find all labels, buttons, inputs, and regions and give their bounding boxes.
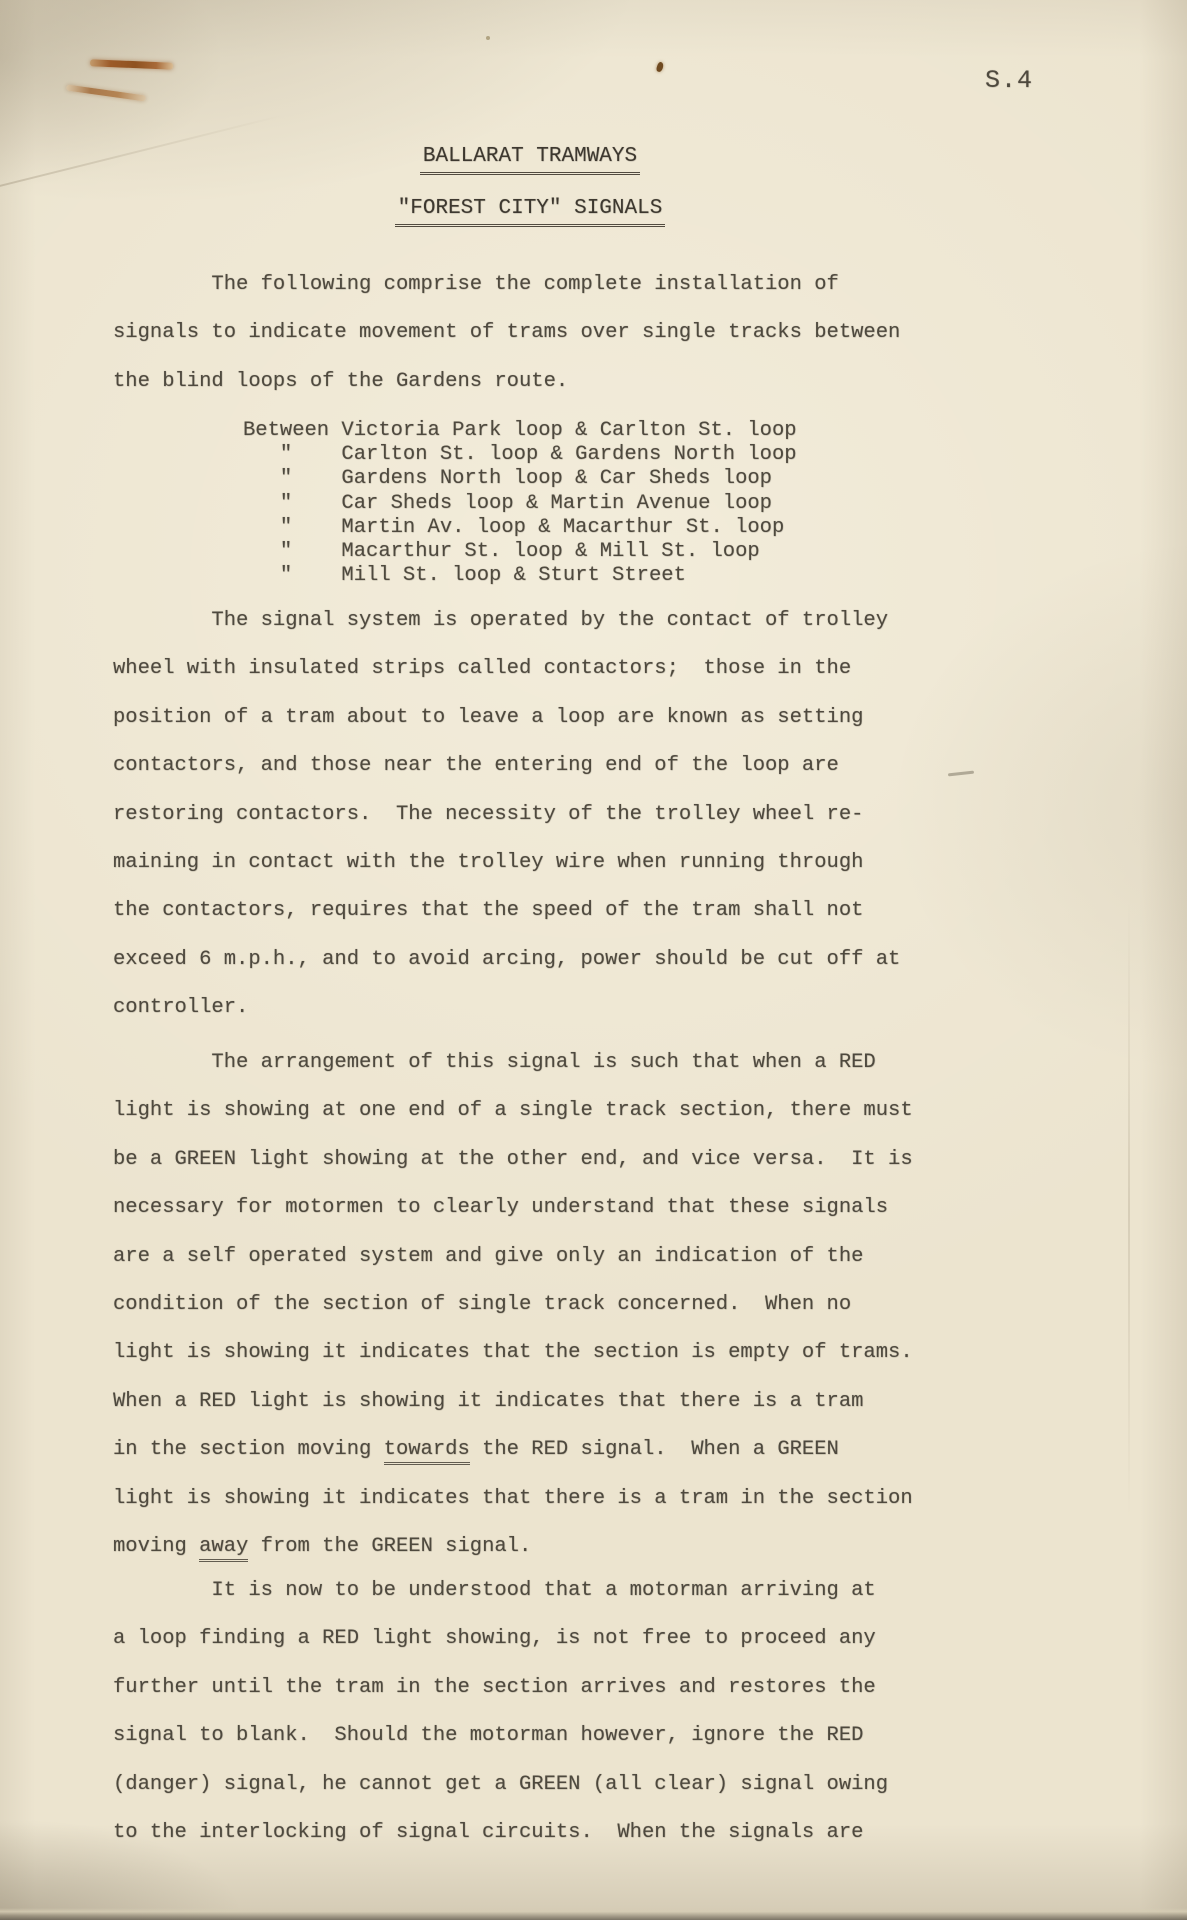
rusty-staple-mark-top (90, 59, 173, 70)
document-subtitle-text: "FOREST CITY" SIGNALS (395, 197, 666, 227)
paragraph-operation: The signal system is operated by the con… (113, 597, 900, 1033)
signal-sections-list: Between Victoria Park loop & Carlton St.… (243, 419, 797, 588)
underlined-word-away: away (199, 1535, 248, 1562)
page-reference-number: S.4 (985, 66, 1033, 95)
paper-crease-right (1128, 900, 1130, 1520)
pencil-dash-mark (948, 771, 974, 777)
paragraph-rules: It is now to be understood that a motorm… (113, 1567, 888, 1857)
paragraph-arrangement: The arrangement of this signal is such t… (113, 1039, 913, 1571)
arrangement-segment-1: The arrangement of this signal is such t… (113, 1051, 913, 1461)
document-subtitle: "FOREST CITY" SIGNALS (0, 196, 1060, 221)
arrangement-segment-3: from the GREEN signal. (248, 1535, 531, 1558)
paragraph-intro: The following comprise the complete inst… (113, 261, 900, 406)
scanned-document-page: S.4 BALLARAT TRAMWAYS "FOREST CITY" SIGN… (0, 0, 1187, 1920)
underlined-word-towards: towards (384, 1438, 470, 1465)
rusty-staple-mark-bottom (66, 84, 146, 101)
ink-stain-fleck (656, 61, 665, 72)
paper-bottom-edge-shadow (0, 1908, 1187, 1920)
document-title-text: BALLARAT TRAMWAYS (420, 145, 640, 175)
document-title: BALLARAT TRAMWAYS (0, 144, 1060, 169)
paper-speck (486, 36, 490, 40)
